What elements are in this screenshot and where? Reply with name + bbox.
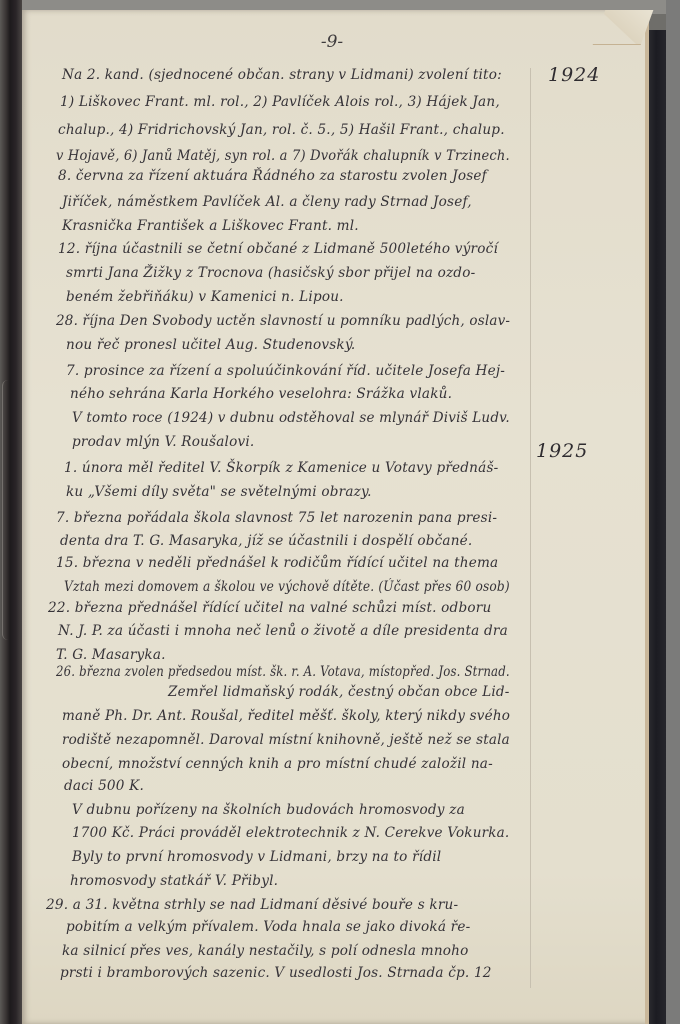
text-line: 12. října účastnili se četní občané z Li… bbox=[58, 241, 498, 257]
text-line: 7. března pořádala škola slavnost 75 let… bbox=[56, 510, 497, 526]
text-line: V tomto roce (1924) v dubnu odstěhoval s… bbox=[72, 410, 510, 426]
text-line: T. G. Masaryka. bbox=[56, 647, 166, 663]
text-line: 1. února měl ředitel V. Škorpík z Kameni… bbox=[64, 460, 498, 476]
text-line: smrti Jana Žižky z Trocnova (hasičský sb… bbox=[66, 265, 475, 281]
text-line: obecní, množství cenných knih a pro míst… bbox=[62, 756, 493, 772]
text-line: Zemřel lidmaňský rodák, čestný občan obc… bbox=[168, 684, 510, 700]
text-line: chalup., 4) Fridrichovský Jan, rol. č. 5… bbox=[58, 122, 505, 138]
text-line: daci 500 K. bbox=[64, 778, 144, 794]
year-label: 1925 bbox=[536, 440, 588, 462]
text-line: beném žebřiňáku) v Kamenici n. Lipou. bbox=[66, 289, 344, 305]
text-line: V dubnu pořízeny na školních budovách hr… bbox=[72, 802, 465, 818]
year-label: 1924 bbox=[548, 64, 600, 86]
text-line: 1) Liškovec Frant. ml. rol., 2) Pavlíček… bbox=[60, 94, 500, 110]
text-line: Byly to první hromosvody v Lidmani, brzy… bbox=[72, 849, 441, 865]
text-line: Krasnička František a Liškovec Frant. ml… bbox=[62, 218, 359, 234]
binding-thread bbox=[2, 380, 17, 640]
text-line: pobitím a velkým přívalem. Voda hnala se… bbox=[66, 919, 470, 935]
text-line: 28. října Den Svobody uctěn slavností u … bbox=[56, 313, 510, 329]
text-line: 22. března přednášel řídící učitel na va… bbox=[48, 600, 491, 616]
text-line: Na 2. kand. (sjednocené občan. strany v … bbox=[62, 67, 502, 83]
text-line: prodav mlýn V. Roušalovi. bbox=[72, 434, 254, 450]
text-line: 26. března zvolen předsedou míst. šk. r.… bbox=[56, 664, 510, 680]
text-line: 8. června za řízení aktuára Řádného za s… bbox=[58, 168, 487, 184]
text-line: ka silnicí přes ves, kanály nestačily, s… bbox=[62, 943, 469, 959]
book-cover-edge bbox=[648, 30, 666, 1024]
text-line: 1700 Kč. Práci prováděl elektrotechnik z… bbox=[72, 825, 509, 841]
text-line: ku „Všemi díly světa" se světelnými obra… bbox=[66, 484, 372, 500]
text-line: maně Ph. Dr. Ant. Roušal, ředitel měšť. … bbox=[62, 708, 510, 724]
book-binding bbox=[0, 0, 22, 1024]
page-number: -9- bbox=[312, 32, 352, 52]
text-line: Vztah mezi domovem a školou ve výchově d… bbox=[64, 579, 510, 595]
text-line: 29. a 31. května strhly se nad Lidmaní d… bbox=[46, 897, 458, 913]
text-line: ného sehrána Karla Horkého veselohra: Sr… bbox=[70, 386, 452, 402]
text-line: hromosvody statkář V. Přibyl. bbox=[70, 873, 278, 889]
text-line: 15. března v neděli přednášel k rodičům … bbox=[56, 555, 498, 571]
background-right bbox=[666, 0, 680, 1024]
text-line: Jiříček, náměstkem Pavlíček Al. a členy … bbox=[62, 194, 472, 210]
folded-corner bbox=[593, 10, 654, 45]
margin-rule bbox=[530, 68, 531, 988]
chronicle-page: -9- 19241925 Na 2. kand. (sjednocené obč… bbox=[22, 10, 649, 1024]
text-line: v Hojavě, 6) Janů Matěj, syn rol. a 7) D… bbox=[56, 148, 510, 164]
text-line: prsti i bramborových sazenic. V usedlost… bbox=[60, 965, 492, 981]
text-line: denta dra T. G. Masaryka, jíž se účastni… bbox=[60, 533, 472, 549]
text-line: nou řeč pronesl učitel Aug. Studenovský. bbox=[66, 337, 355, 353]
text-line: 7. prosince za řízení a spoluúčinkování … bbox=[66, 363, 505, 379]
text-line: rodiště nezapomněl. Daroval místní kniho… bbox=[62, 732, 510, 748]
text-line: N. J. P. za účasti i mnoha neč lenů o ži… bbox=[58, 623, 508, 639]
